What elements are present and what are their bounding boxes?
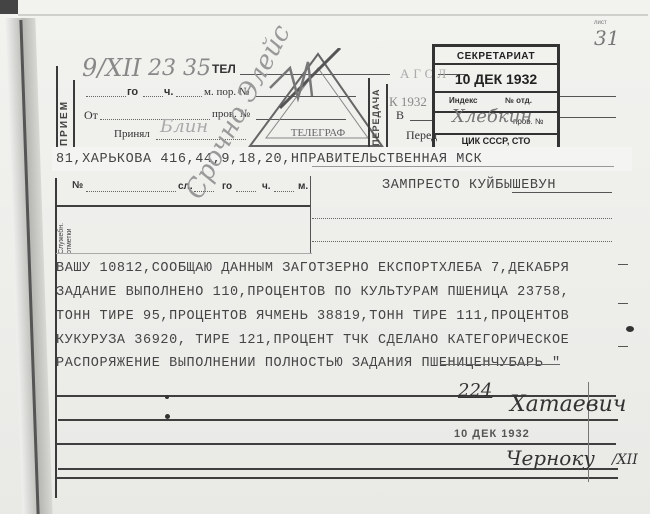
address-bottom-line bbox=[56, 205, 310, 207]
stamp-kat-label: № отд. bbox=[505, 96, 532, 105]
go-line bbox=[86, 96, 126, 97]
go-label: го bbox=[127, 86, 138, 98]
stamp-title: СЕКРЕТАРИАТ bbox=[435, 51, 557, 62]
page-top-edge bbox=[18, 14, 648, 16]
signature-bottom: Черноку bbox=[506, 446, 595, 470]
ruled-line-2 bbox=[58, 419, 618, 421]
secretariat-stamp: СЕКРЕТАРИАТ 10 ДЕК 1932 Индекс № отд. пр… bbox=[432, 44, 560, 151]
m2-label: м. bbox=[298, 181, 308, 192]
stamp-footer: ЦИК СССР, СТО bbox=[435, 136, 557, 146]
ink-spot bbox=[626, 326, 634, 332]
scan-corner bbox=[0, 0, 18, 14]
handwritten-date: 9/XII bbox=[82, 54, 141, 82]
svg-text:ТЕЛЕГРАФ: ТЕЛЕГРАФ bbox=[291, 127, 346, 139]
stamp-index-label: Индекс bbox=[449, 96, 477, 105]
transmission-label: ПЕРЕДАЧА bbox=[371, 86, 381, 146]
m-line bbox=[176, 96, 202, 97]
ch2-label: ч. bbox=[262, 181, 271, 192]
right-line-1 bbox=[560, 96, 616, 97]
header-rule bbox=[312, 166, 614, 167]
margin-dash bbox=[618, 264, 628, 265]
signature-top: Хатаевич bbox=[510, 392, 626, 417]
reception-border-left bbox=[56, 66, 58, 148]
transmitted-scrawl: Хлебкин bbox=[452, 106, 532, 127]
ch-line bbox=[143, 96, 163, 97]
service-marks-label: Служебн. отметки bbox=[58, 208, 74, 254]
telegram-header-line: 81,ХАРЬКОВА 416,44,9,18,20,НПРАВИТЕЛЬСТВ… bbox=[56, 152, 482, 167]
right-line-2 bbox=[560, 117, 616, 118]
signature-number: 224 bbox=[458, 380, 492, 401]
go2-line bbox=[236, 191, 256, 192]
body-line-2: ЗАДАНИЕ ВЫПОЛНЕНО 110,ПРОЦЕНТОВ ПО КУЛЬТ… bbox=[56, 285, 569, 300]
ruled-line-5 bbox=[56, 477, 618, 479]
number-line bbox=[86, 191, 176, 192]
from-label: От bbox=[84, 108, 98, 123]
address-dotted-2 bbox=[312, 241, 612, 242]
transmission-border-right bbox=[386, 84, 388, 148]
second-date-stamp: 10 ДЕК 1932 bbox=[454, 428, 530, 440]
ink-spot bbox=[165, 414, 170, 419]
reception-border-right bbox=[73, 80, 75, 148]
telegram-page: лист 31 ПРИЕМ ТЕЛ го ч. м. пор. № От про… bbox=[0, 0, 650, 514]
reception-label: ПРИЕМ bbox=[59, 88, 70, 146]
addressee-line: ЗАМПРЕСТО КУЙБЫШЕВУН bbox=[382, 178, 556, 193]
received-label: Принял bbox=[114, 128, 150, 140]
stamp-date: 10 ДЕК 1932 bbox=[435, 71, 557, 87]
stamp-divider bbox=[435, 91, 557, 93]
body-line-3: ТОНН ТИРЕ 95,ПРОЦЕНТОВ ЯЧМЕНЬ 38819,ТОНН… bbox=[56, 309, 569, 324]
transmission-border-left bbox=[368, 78, 370, 148]
go2-label: го bbox=[222, 181, 232, 192]
address-divider bbox=[310, 176, 311, 254]
ruled-line-3 bbox=[56, 443, 616, 445]
strikethrough bbox=[440, 364, 560, 365]
v-label: В bbox=[396, 108, 404, 123]
v-line bbox=[410, 120, 432, 121]
ink-spot bbox=[165, 395, 169, 399]
transmission-date-fragment: К 1932 bbox=[389, 94, 427, 110]
number-label: № bbox=[72, 180, 83, 191]
stamp-divider bbox=[435, 63, 557, 65]
margin-dash bbox=[618, 346, 628, 347]
archive-page-number: 31 bbox=[594, 26, 619, 50]
addressee-line-rule bbox=[512, 192, 612, 193]
signature-date: /XII bbox=[612, 452, 638, 468]
address-dotted-1 bbox=[312, 218, 612, 219]
ch-label: ч. bbox=[164, 86, 173, 98]
service-marks-rule bbox=[56, 253, 312, 254]
body-line-4: КУКУРУЗА 36920, ТИРЕ 121,ПРОЦЕНТ ТЧК СДЕ… bbox=[56, 333, 569, 348]
ch2-line bbox=[274, 191, 294, 192]
stamp-divider bbox=[435, 133, 557, 135]
tel-label: ТЕЛ bbox=[212, 62, 236, 76]
margin-dash bbox=[618, 303, 628, 304]
received-by-scrawl: Блин bbox=[160, 116, 208, 137]
body-line-1: ВАШУ 10812,СООБЩАЮ ДАННЫМ ЗАГОТЗЕРНО ЕКС… bbox=[56, 261, 569, 276]
handwritten-time: 23 35 bbox=[148, 56, 211, 81]
